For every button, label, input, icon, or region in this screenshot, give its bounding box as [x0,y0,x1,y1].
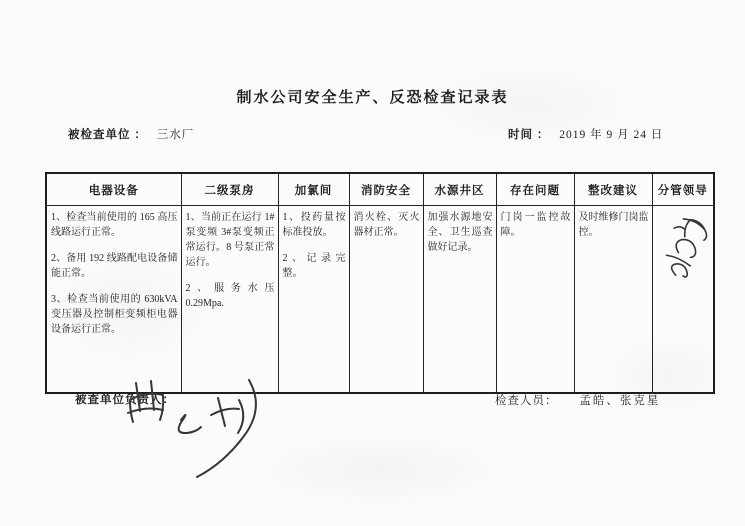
cell-text: 加强水源地安全、卫生巡查做好记录。 [428,210,493,255]
document-title: 制水公司安全生产、反恐检查记录表 [0,86,745,107]
cell-text: 1、投药量按标准投放。 [283,210,346,240]
cell-problems: 门岗一监控故障。 [496,206,574,394]
scanned-inspection-record: 制水公司安全生产、反恐检查记录表 被检查单位 ： 三水厂 时间 ： 2019 年… [0,0,745,526]
col-header-water-source: 水源井区 [423,173,496,206]
cell-text: 消火栓、灭火器材正常。 [354,210,420,240]
handwritten-signature-responsible-icon [118,370,303,482]
inspectors-field: 检查人员： 孟皓、张克星 [495,392,660,408]
cell-text: 及时维修门岗监控。 [579,210,649,240]
col-header-fire-safety: 消防安全 [349,173,423,206]
cell-text: 1、当前正在运行 1#泵变频 3#泵变频正常运行。8 号泵正常运行。 [186,210,275,270]
inspected-unit-label: 被检查单位 ： [68,129,147,141]
cell-text: 2、备用 192 线路配电设备储能正常。 [51,251,178,281]
inspected-unit-field: 被检查单位 ： 三水厂 [68,126,194,142]
cell-rectification: 及时维修门岗监控。 [574,206,652,394]
cell-pump-room: 1、当前正在运行 1#泵变频 3#泵变频正常运行。8 号泵正常运行。 2、服务水… [181,206,278,394]
col-header-electrical: 电器设备 [46,173,181,206]
col-header-problems: 存在问题 [496,173,574,206]
cell-electrical: 1、检查当前使用的 165 高压线路运行正常。 2、备用 192 线路配电设备储… [46,206,181,394]
inspected-unit-value: 三水厂 [157,129,195,141]
inspection-time-field: 时间 ： 2019 年 9 月 24 日 [508,126,663,142]
col-header-rectification: 整改建议 [574,173,652,206]
cell-text: 3、检查当前使用的 630kVA 变压器及控制柜变频柜电器设备运行正常。 [51,292,178,337]
col-header-leader: 分管领导 [652,173,714,206]
cell-text: 1、检查当前使用的 165 高压线路运行正常。 [51,210,178,240]
cell-text: 2、记录完整。 [283,251,346,281]
handwritten-signature-leader-icon [652,206,714,286]
table-header-row: 电器设备 二级泵房 加氯间 消防安全 水源井区 存在问题 整改建议 分管领导 [46,173,714,206]
cell-leader-signature [652,206,714,394]
time-value: 2019 年 9 月 24 日 [559,129,663,141]
cell-text: 门岗一监控故障。 [501,210,571,240]
cell-chlorination: 1、投药量按标准投放。 2、记录完整。 [278,206,349,394]
cell-water-source: 加强水源地安全、卫生巡查做好记录。 [423,206,496,394]
inspection-table: 电器设备 二级泵房 加氯间 消防安全 水源井区 存在问题 整改建议 分管领导 1… [45,172,715,394]
col-header-pump-room: 二级泵房 [181,173,278,206]
time-label: 时间 ： [508,129,549,141]
cell-text: 2、服务水压 0.29Mpa. [186,281,275,311]
table-body-row: 1、检查当前使用的 165 高压线路运行正常。 2、备用 192 线路配电设备储… [46,206,714,394]
inspectors-names: 孟皓、张克星 [579,395,660,407]
col-header-chlorination: 加氯间 [278,173,349,206]
cell-fire-safety: 消火栓、灭火器材正常。 [349,206,423,394]
inspectors-label: 检查人员： [495,395,558,407]
